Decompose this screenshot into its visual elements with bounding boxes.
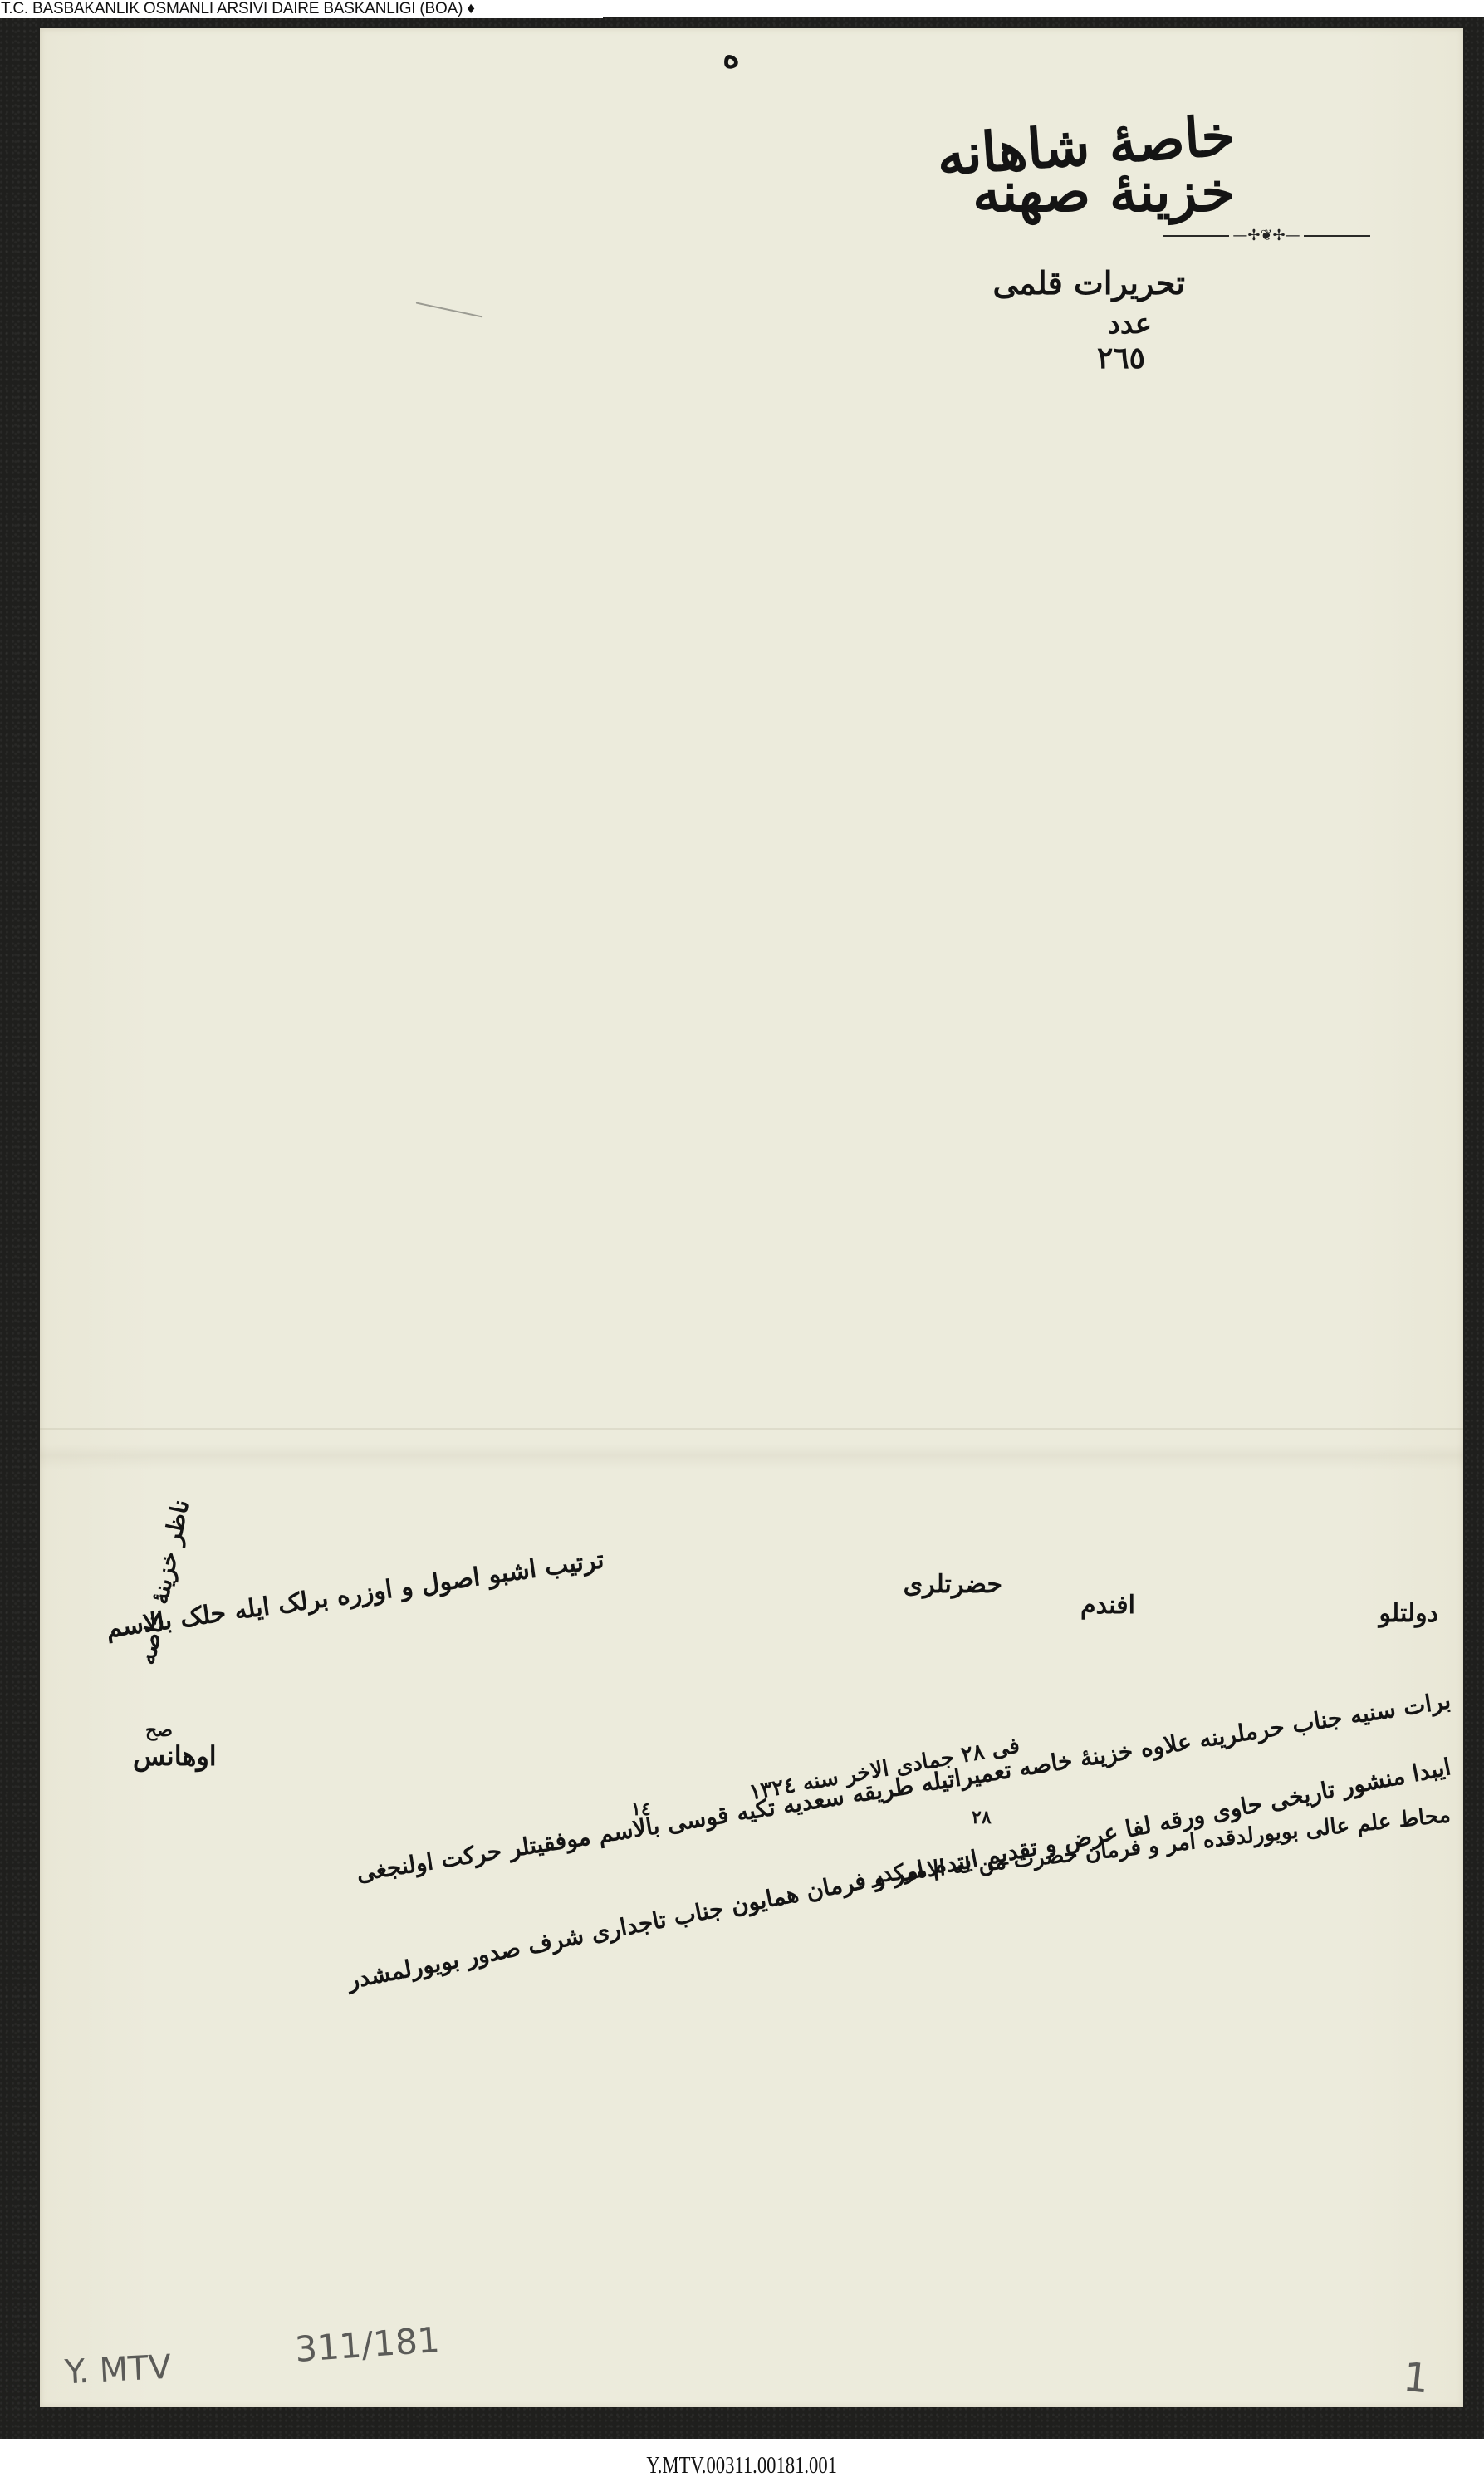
- date-hijri-day: ٢٨: [972, 1807, 992, 1828]
- date-rumi-day: ١٤: [631, 1798, 651, 1820]
- letterhead-title-line2: خزینهٔ صهنه: [972, 163, 1235, 221]
- pencil-collection-code: Y. MTV: [64, 2348, 172, 2392]
- letterhead-office: تحریرات قلمی: [992, 264, 1185, 302]
- page-mark: ه: [722, 37, 740, 76]
- fold-line: [40, 1428, 1463, 1430]
- ornament-icon: —✢❦✢—: [1229, 234, 1303, 238]
- archive-label: T.C. BASBAKANLIK OSMANLI ARSIVI DAIRE BA…: [0, 0, 475, 18]
- caption-band: Y.MTV.00311.00181.001: [0, 2439, 1484, 2492]
- salutation-word-3: حضرتلری: [904, 1570, 1002, 1599]
- salutation-word-2: افندم: [1080, 1591, 1135, 1620]
- salutation-word-1: دولتلو: [1379, 1599, 1438, 1628]
- signature-name: اوهانس: [133, 1740, 217, 1772]
- letterhead-number-value: ٢٦٥: [1097, 341, 1145, 375]
- letterhead-number-label: عدد: [1108, 307, 1152, 341]
- archive-header: T.C. BASBAKANLIK OSMANLI ARSIVI DAIRE BA…: [0, 0, 603, 18]
- reference-code: Y.MTV.00311.00181.001: [647, 2452, 838, 2480]
- signature-seal-mark: صح: [145, 1719, 173, 1741]
- document-page: [40, 28, 1463, 2407]
- letterhead-divider: —✢❦✢—: [1163, 234, 1370, 238]
- pencil-page-number: 1: [1401, 2354, 1431, 2403]
